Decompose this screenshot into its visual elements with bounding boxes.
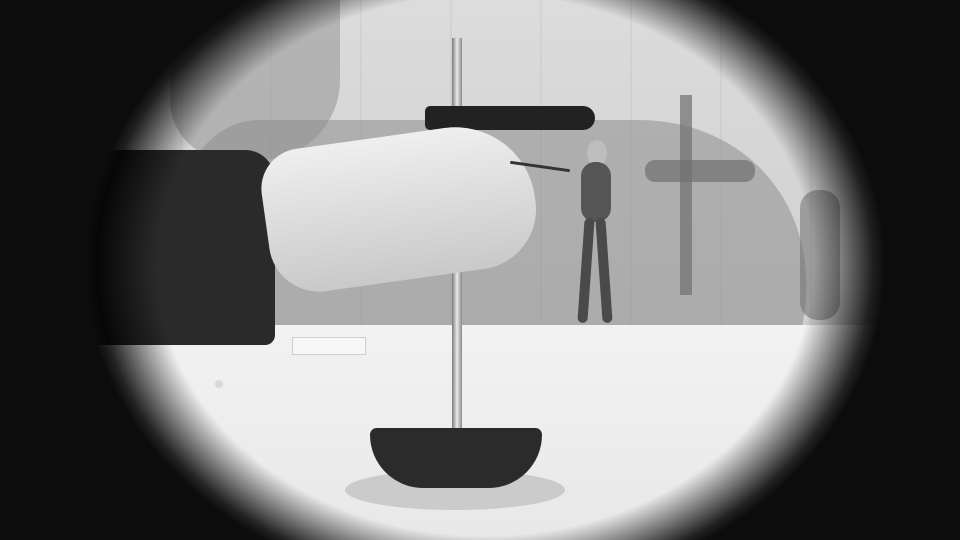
specimen-shadow xyxy=(800,190,840,320)
cuff-button-icon xyxy=(215,380,223,388)
jacket-sleeve xyxy=(40,150,275,345)
film-frame xyxy=(0,0,960,540)
frog-right-leg xyxy=(595,218,612,323)
clamp-shadow xyxy=(645,160,755,182)
retort-stand-base xyxy=(370,428,542,488)
small-label-card xyxy=(292,337,366,355)
stand-shadow xyxy=(680,95,692,295)
frog-specimen xyxy=(575,140,617,325)
frog-body xyxy=(581,162,611,222)
frog-left-leg xyxy=(577,218,594,323)
